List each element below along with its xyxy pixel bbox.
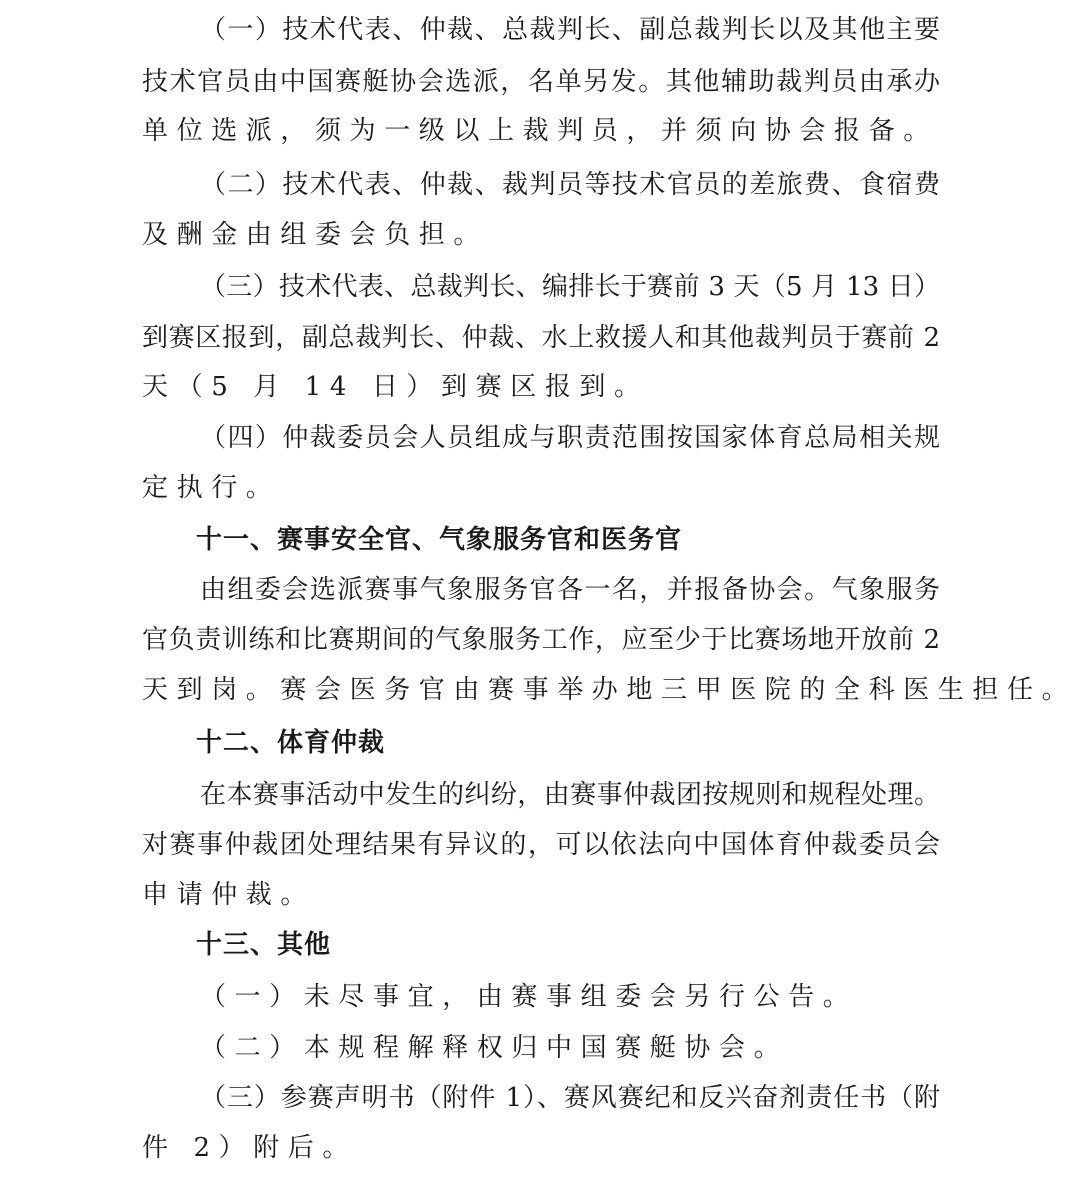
paragraph-line: 及酬金由组委会负担。 <box>142 215 940 255</box>
section-heading: 十三、其他 <box>196 925 796 965</box>
paragraph-line: 申请仲裁。 <box>142 875 940 915</box>
paragraph-line: （三）参赛声明书（附件 1）、赛风赛纪和反兴奋剂责任书（附 <box>200 1078 940 1118</box>
paragraph-line: 单位选派，须为一级以上裁判员，并须向协会报备。 <box>142 111 940 151</box>
section-heading: 十一、赛事安全官、气象服务官和医务官 <box>196 520 796 560</box>
paragraph-line: 天到岗。赛会医务官由赛事举办地三甲医院的全科医生担任。 <box>142 670 940 710</box>
paragraph-line: 由组委会选派赛事气象服务官各一名，并报备协会。气象服务 <box>200 570 940 610</box>
paragraph-line: 件 2）附后。 <box>142 1128 940 1168</box>
paragraph-line: （一）未尽事宜，由赛事组委会另行公告。 <box>200 977 940 1017</box>
paragraph-line: 天（5 月 14 日）到赛区报到。 <box>142 367 940 407</box>
paragraph-line: 官负责训练和比赛期间的气象服务工作，应至少于比赛场地开放前 2 <box>142 620 940 660</box>
paragraph-line: （二）本规程解释权归中国赛艇协会。 <box>200 1028 940 1068</box>
section-heading: 十二、体育仲裁 <box>196 723 796 763</box>
paragraph-line: （二）技术代表、仲裁、裁判员等技术官员的差旅费、食宿费 <box>200 165 940 205</box>
paragraph-line: 在本赛事活动中发生的纠纷，由赛事仲裁团按规则和规程处理。 <box>200 775 940 815</box>
paragraph-line: 定执行。 <box>142 468 940 508</box>
paragraph-line: 技术官员由中国赛艇协会选派，名单另发。其他辅助裁判员由承办 <box>142 62 940 102</box>
paragraph-line: （三）技术代表、总裁判长、编排长于赛前 3 天（5 月 13 日） <box>200 267 940 307</box>
paragraph-line: （四）仲裁委员会人员组成与职责范围按国家体育总局相关规 <box>200 418 940 458</box>
paragraph-line: （一）技术代表、仲裁、总裁判长、副总裁判长以及其他主要 <box>200 10 940 50</box>
document-page: （一）技术代表、仲裁、总裁判长、副总裁判长以及其他主要 技术官员由中国赛艇协会选… <box>0 0 1080 1195</box>
paragraph-line: 对赛事仲裁团处理结果有异议的，可以依法向中国体育仲裁委员会 <box>142 825 940 865</box>
paragraph-line: 到赛区报到，副总裁判长、仲裁、水上救援人和其他裁判员于赛前 2 <box>142 318 940 358</box>
